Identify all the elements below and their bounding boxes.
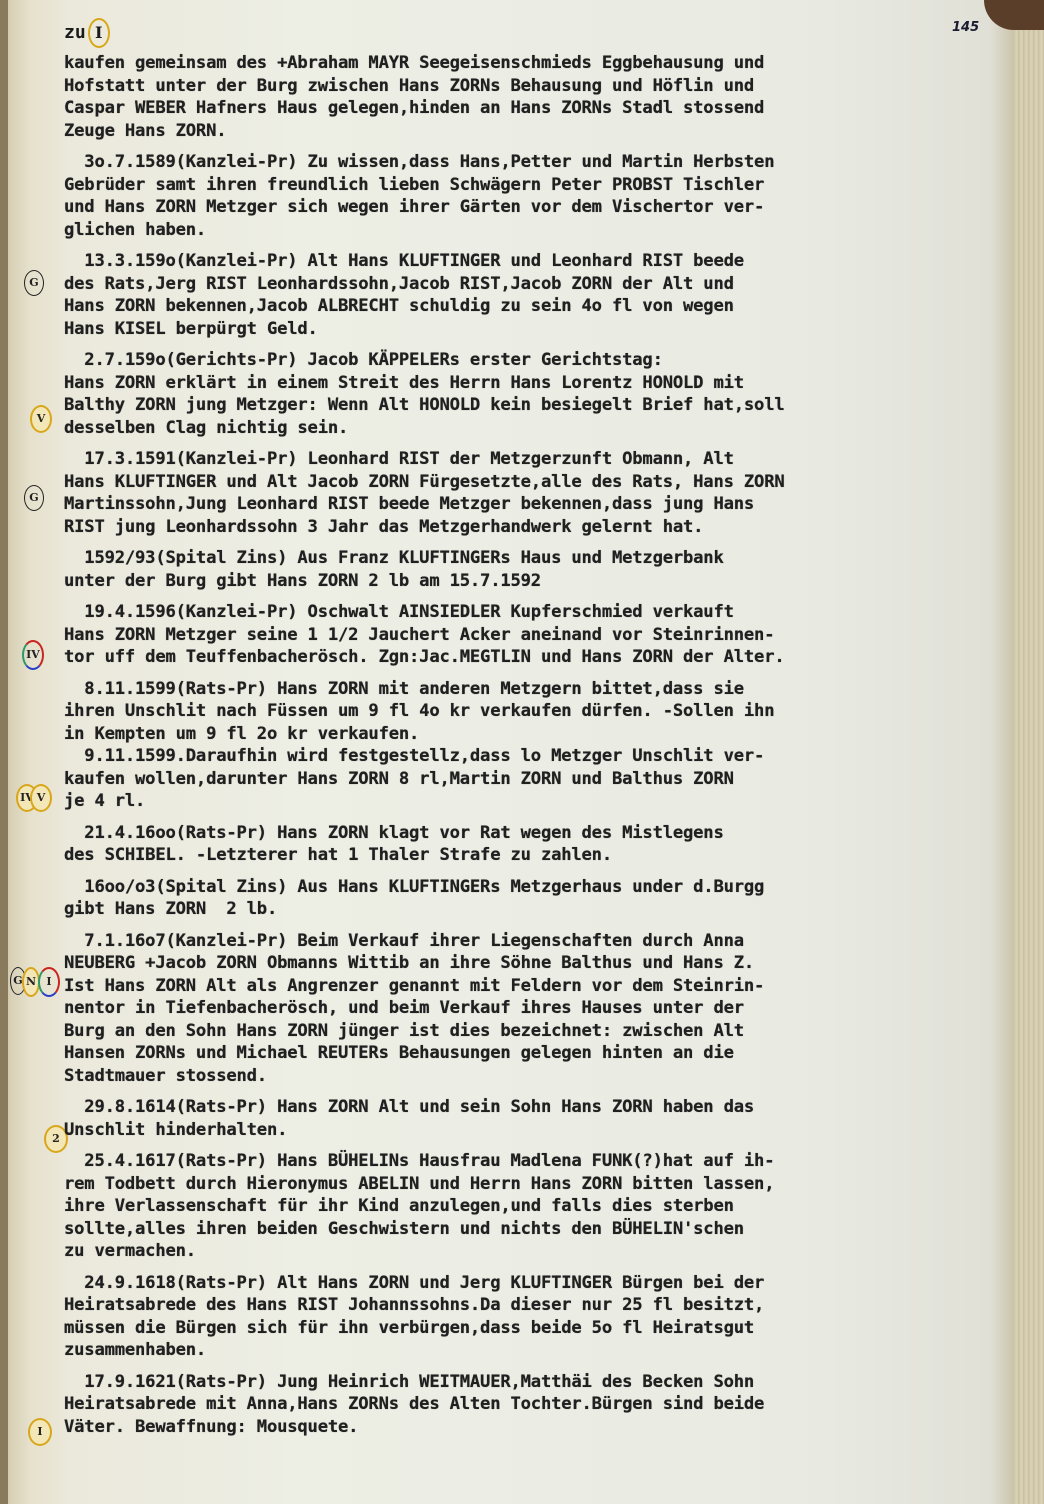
entry-paragraph: 2.7.159o(Gerichts-Pr) Jacob KÄPPELERs er… xyxy=(64,349,1004,439)
text-line: NEUBERG +Jacob ZORN Obmanns Wittib an ih… xyxy=(64,952,1004,975)
text-line: 29.8.1614(Rats-Pr) Hans ZORN Alt und sei… xyxy=(64,1096,1004,1119)
entry-paragraph: 16oo/o3(Spital Zins) Aus Hans KLUFTINGER… xyxy=(64,876,1004,921)
entry-paragraph: 21.4.16oo(Rats-Pr) Hans ZORN klagt vor R… xyxy=(64,822,1004,867)
text-line: desselben Clag nichtig sein. xyxy=(64,417,1004,440)
text-line: müssen die Bürgen sich für ihn verbürgen… xyxy=(64,1317,1004,1340)
text-line: Burg an den Sohn Hans ZORN jünger ist di… xyxy=(64,1020,1004,1043)
text-line: des Rats,Jerg RIST Leonhardssohn,Jacob R… xyxy=(64,273,1004,296)
text-line: 16oo/o3(Spital Zins) Aus Hans KLUFTINGER… xyxy=(64,876,1004,899)
typewritten-text-body: kaufen gemeinsam des +Abraham MAYR Seege… xyxy=(64,52,1004,1447)
text-line: rem Todbett durch Hieronymus ABELIN und … xyxy=(64,1173,1004,1196)
entry-paragraph: 1592/93(Spital Zins) Aus Franz KLUFTINGE… xyxy=(64,547,1004,592)
text-line: 17.9.1621(Rats-Pr) Jung Heinrich WEITMAU… xyxy=(64,1371,1004,1394)
text-line: RIST jung Leonhardssohn 3 Jahr das Metzg… xyxy=(64,516,1004,539)
text-line: Hans ZORN bekennen,Jacob ALBRECHT schuld… xyxy=(64,295,1004,318)
text-line: Hansen ZORNs und Michael REUTERs Behausu… xyxy=(64,1042,1004,1065)
header-prefix: zu xyxy=(64,22,86,43)
text-line: 17.3.1591(Kanzlei-Pr) Leonhard RIST der … xyxy=(64,448,1004,471)
page-number: 145 xyxy=(952,20,979,35)
text-line: ihren Unschlit nach Füssen um 9 fl 4o kr… xyxy=(64,700,1004,723)
text-line: Unschlit hinderhalten. xyxy=(64,1119,1004,1142)
book-spine xyxy=(0,0,8,1504)
text-line: Ist Hans ZORN Alt als Angrenzer genannt … xyxy=(64,975,1004,998)
text-line: tor uff dem Teuffenbacherösch. Zgn:Jac.M… xyxy=(64,646,1004,669)
text-line: 24.9.1618(Rats-Pr) Alt Hans ZORN und Jer… xyxy=(64,1272,1004,1295)
text-line: und Hans ZORN Metzger sich wegen ihrer G… xyxy=(64,196,1004,219)
entry-paragraph: 17.3.1591(Kanzlei-Pr) Leonhard RIST der … xyxy=(64,448,1004,538)
text-line: 25.4.1617(Rats-Pr) Hans BÜHELINs Hausfra… xyxy=(64,1150,1004,1173)
text-line: 19.4.1596(Kanzlei-Pr) Oschwalt AINSIEDLE… xyxy=(64,601,1004,624)
text-line: des SCHIBEL. -Letzterer hat 1 Thaler Str… xyxy=(64,844,1004,867)
text-line: Heiratsabrede des Hans RIST Johannssohns… xyxy=(64,1294,1004,1317)
text-line: 8.11.1599(Rats-Pr) Hans ZORN mit anderen… xyxy=(64,678,1004,701)
text-line: Balthy ZORN jung Metzger: Wenn Alt HONOL… xyxy=(64,394,1004,417)
text-line: zusammenhaben. xyxy=(64,1339,1004,1362)
text-line: Hans KISEL berpürgt Geld. xyxy=(64,318,1004,341)
text-line: Zeuge Hans ZORN. xyxy=(64,120,1004,143)
text-line: sollte,alles ihren beiden Geschwistern u… xyxy=(64,1218,1004,1241)
entry-paragraph: 17.9.1621(Rats-Pr) Jung Heinrich WEITMAU… xyxy=(64,1371,1004,1439)
text-line: Stadtmauer stossend. xyxy=(64,1065,1004,1088)
text-line: in Kempten um 9 fl 2o kr verkaufen. xyxy=(64,723,1004,746)
document-page: zuI 145 GVGIVIVVGNI2I kaufen gemeinsam d… xyxy=(0,0,1044,1504)
margin-mark: I xyxy=(38,967,60,997)
text-line: Hans ZORN erklärt in einem Streit des He… xyxy=(64,372,1004,395)
margin-mark: G xyxy=(24,270,44,296)
entry-paragraph: 29.8.1614(Rats-Pr) Hans ZORN Alt und sei… xyxy=(64,1096,1004,1141)
text-line: unter der Burg gibt Hans ZORN 2 lb am 15… xyxy=(64,570,1004,593)
text-line: ihre Verlassenschaft für ihr Kind anzule… xyxy=(64,1195,1004,1218)
entry-paragraph: 8.11.1599(Rats-Pr) Hans ZORN mit anderen… xyxy=(64,678,1004,813)
text-line: kaufen wollen,darunter Hans ZORN 8 rl,Ma… xyxy=(64,768,1004,791)
margin-mark: I xyxy=(28,1418,52,1446)
margin-mark: G xyxy=(24,485,44,511)
entry-paragraph: 25.4.1617(Rats-Pr) Hans BÜHELINs Hausfra… xyxy=(64,1150,1004,1263)
text-line: 3o.7.1589(Kanzlei-Pr) Zu wissen,dass Han… xyxy=(64,151,1004,174)
text-line: kaufen gemeinsam des +Abraham MAYR Seege… xyxy=(64,52,1004,75)
text-line: Hofstatt unter der Burg zwischen Hans ZO… xyxy=(64,75,1004,98)
text-line: je 4 rl. xyxy=(64,790,1004,813)
header-circled-mark: I xyxy=(88,18,110,48)
text-line: Väter. Bewaffnung: Mousquete. xyxy=(64,1416,1004,1439)
entry-paragraph: kaufen gemeinsam des +Abraham MAYR Seege… xyxy=(64,52,1004,142)
header-reference: zuI xyxy=(64,18,110,48)
text-line: 9.11.1599.Daraufhin wird festgestellz,da… xyxy=(64,745,1004,768)
text-line: Heiratsabrede mit Anna,Hans ZORNs des Al… xyxy=(64,1393,1004,1416)
margin-mark: IV xyxy=(22,640,44,670)
page-edges xyxy=(1014,0,1044,1504)
text-line: zu vermachen. xyxy=(64,1240,1004,1263)
text-line: Hans KLUFTINGER und Alt Jacob ZORN Fürge… xyxy=(64,471,1004,494)
text-line: 2.7.159o(Gerichts-Pr) Jacob KÄPPELERs er… xyxy=(64,349,1004,372)
entry-paragraph: 3o.7.1589(Kanzlei-Pr) Zu wissen,dass Han… xyxy=(64,151,1004,241)
text-line: glichen haben. xyxy=(64,219,1004,242)
text-line: nentor in Tiefenbacherösch, und beim Ver… xyxy=(64,997,1004,1020)
entry-paragraph: 19.4.1596(Kanzlei-Pr) Oschwalt AINSIEDLE… xyxy=(64,601,1004,669)
text-line: 13.3.159o(Kanzlei-Pr) Alt Hans KLUFTINGE… xyxy=(64,250,1004,273)
margin-mark: V xyxy=(30,405,52,433)
text-line: Hans ZORN Metzger seine 1 1/2 Jauchert A… xyxy=(64,624,1004,647)
margin-mark: V xyxy=(30,784,52,812)
entry-paragraph: 24.9.1618(Rats-Pr) Alt Hans ZORN und Jer… xyxy=(64,1272,1004,1362)
text-line: Gebrüder samt ihren freundlich lieben Sc… xyxy=(64,174,1004,197)
entry-paragraph: 7.1.16o7(Kanzlei-Pr) Beim Verkauf ihrer … xyxy=(64,930,1004,1088)
text-line: Martinssohn,Jung Leonhard RIST beede Met… xyxy=(64,493,1004,516)
entry-paragraph: 13.3.159o(Kanzlei-Pr) Alt Hans KLUFTINGE… xyxy=(64,250,1004,340)
text-line: 7.1.16o7(Kanzlei-Pr) Beim Verkauf ihrer … xyxy=(64,930,1004,953)
text-line: gibt Hans ZORN 2 lb. xyxy=(64,898,1004,921)
text-line: 1592/93(Spital Zins) Aus Franz KLUFTINGE… xyxy=(64,547,1004,570)
text-line: 21.4.16oo(Rats-Pr) Hans ZORN klagt vor R… xyxy=(64,822,1004,845)
book-corner xyxy=(984,0,1044,30)
text-line: Caspar WEBER Hafners Haus gelegen,hinden… xyxy=(64,97,1004,120)
